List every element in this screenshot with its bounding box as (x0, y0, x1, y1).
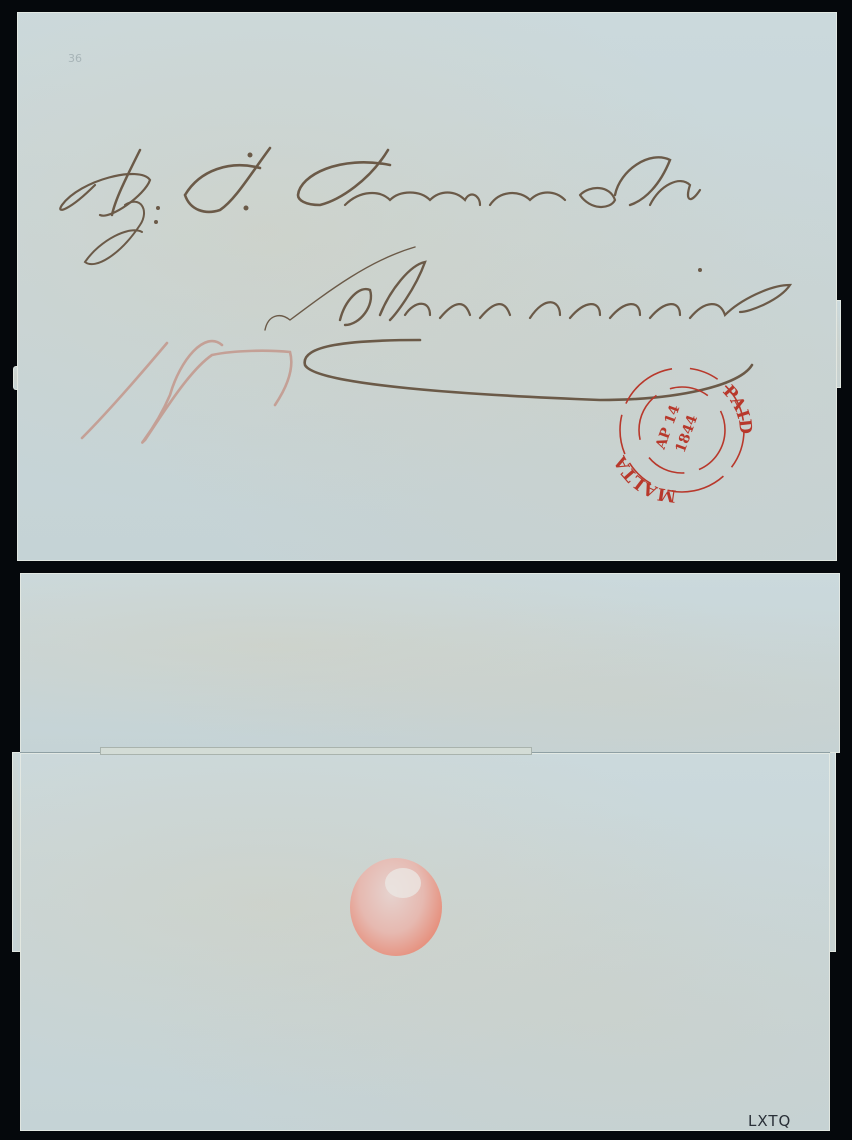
rate-marking (82, 341, 291, 443)
postmark-town: MALTA (610, 452, 677, 506)
postmark-status: PAID (718, 382, 755, 435)
malta-paid-postmark: MALTA PAID AP 14 1844 (610, 368, 755, 506)
fold-strip (100, 747, 532, 755)
address-line-2 (265, 247, 790, 330)
wax-seal-highlight (385, 868, 421, 898)
pencil-note-back: LXTQ (748, 1112, 791, 1130)
cover-back-upper-panel (20, 573, 840, 753)
flourish-underline (305, 340, 752, 400)
address-line-1 (60, 148, 700, 264)
